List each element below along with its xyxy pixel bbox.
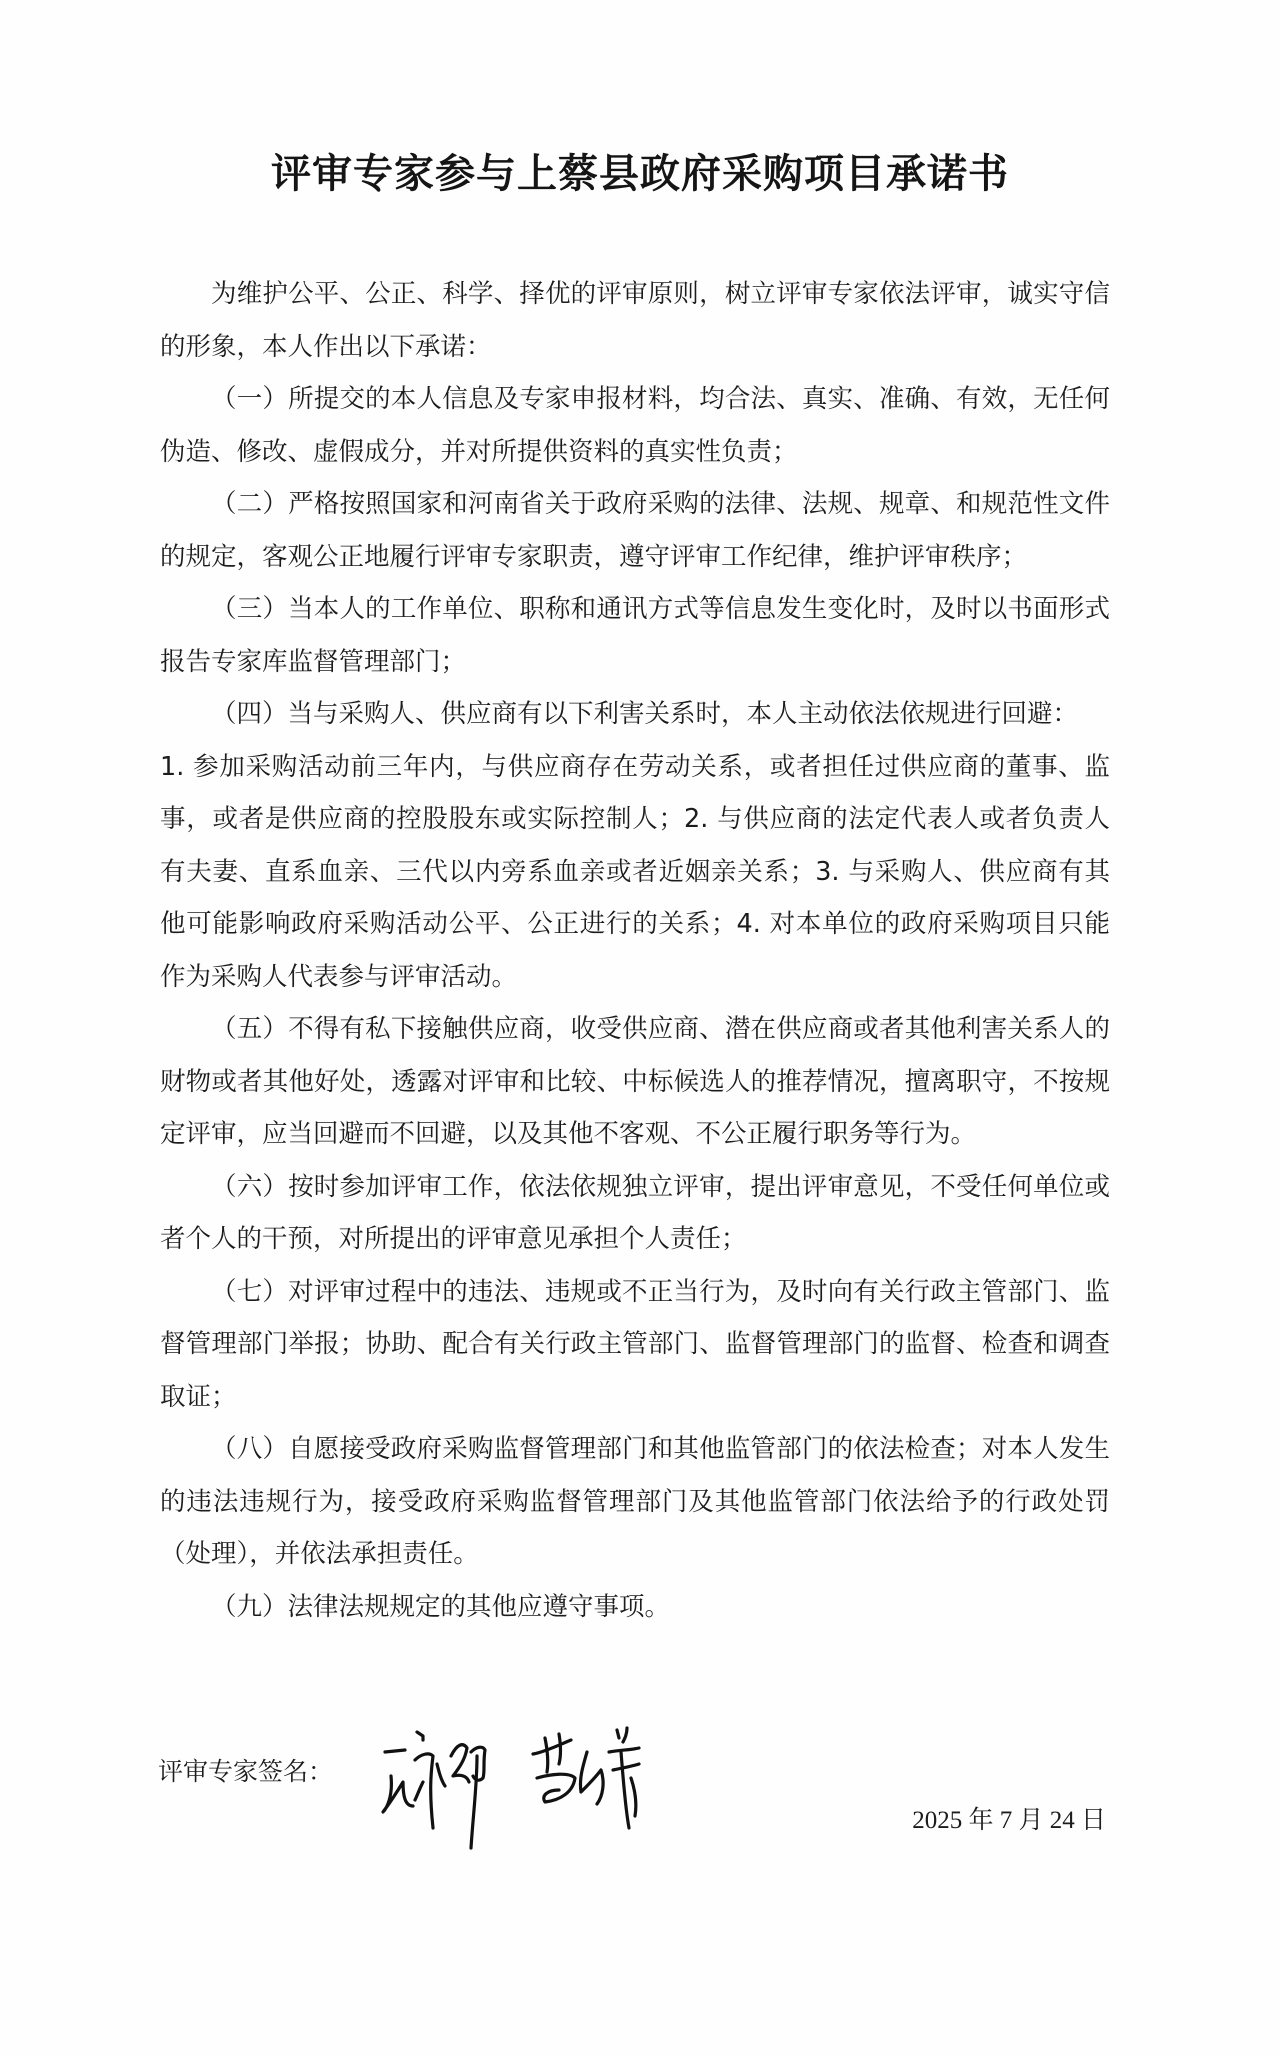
clause-1: （一）所提交的本人信息及专家申报材料，均合法、真实、准确、有效，无任何伪造、修改… (160, 373, 1110, 478)
document-title: 评审专家参与上蔡县政府采购项目承诺书 (0, 142, 1280, 199)
signature-section: 评审专家签名： (158, 1728, 1118, 1868)
document-body: 为维护公平、公正、科学、择优的评审原则，树立评审专家依法评审，诚实守信的形象，本… (160, 268, 1110, 1633)
signing-date: 2025 年 7 月 24 日 (912, 1800, 1106, 1836)
handwritten-signature-icon (373, 1716, 713, 1856)
document-page: 评审专家参与上蔡县政府采购项目承诺书 为维护公平、公正、科学、择优的评审原则，树… (0, 0, 1280, 2055)
clause-4: （四）当与采购人、供应商有以下利害关系时，本人主动依法依规进行回避： (160, 688, 1110, 741)
clause-6: （六）按时参加评审工作，依法依规独立评审，提出评审意见，不受任何单位或者个人的干… (160, 1161, 1110, 1266)
clause-8: （八）自愿接受政府采购监督管理部门和其他监管部门的依法检查；对本人发生的违法违规… (160, 1423, 1110, 1581)
clause-5: （五）不得有私下接触供应商，收受供应商、潜在供应商或者其他利害关系人的财物或者其… (160, 1003, 1110, 1161)
signature-label: 评审专家签名： (158, 1752, 333, 1788)
clause-4-details: 1. 参加采购活动前三年内，与供应商存在劳动关系，或者担任过供应商的董事、监事，… (160, 741, 1110, 1004)
clause-9: （九）法律法规规定的其他应遵守事项。 (160, 1581, 1110, 1634)
clause-7: （七）对评审过程中的违法、违规或不正当行为，及时向有关行政主管部门、监督管理部门… (160, 1266, 1110, 1424)
clause-2: （二）严格按照国家和河南省关于政府采购的法律、法规、规章、和规范性文件的规定，客… (160, 478, 1110, 583)
intro-paragraph: 为维护公平、公正、科学、择优的评审原则，树立评审专家依法评审，诚实守信的形象，本… (160, 268, 1110, 373)
clause-3: （三）当本人的工作单位、职称和通讯方式等信息发生变化时，及时以书面形式报告专家库… (160, 583, 1110, 688)
